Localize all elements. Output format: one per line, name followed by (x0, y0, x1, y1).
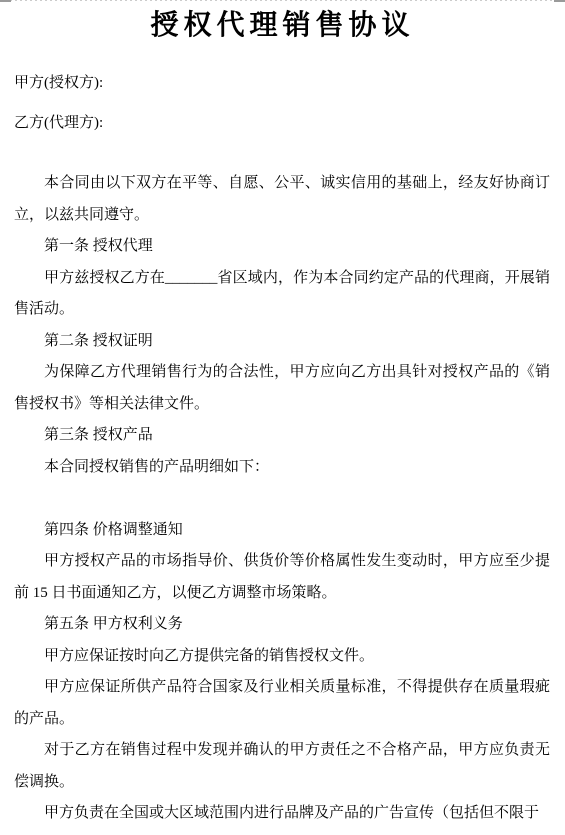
paragraph: 为保障乙方代理销售行为的合法性，甲方应向乙方出具针对授权产品的《销售授权书》等相… (14, 357, 550, 420)
paragraph: 对于乙方在销售过程中发现并确认的甲方责任之不合格产品，甲方应负责无偿调换。 (14, 735, 550, 798)
paragraph: 甲方应保证所供产品符合国家及行业相关质量标准，不得提供存在质量瑕疵的产品。 (14, 672, 550, 735)
document-title: 授权代理销售协议 (0, 6, 565, 46)
document-page: 授权代理销售协议 甲方(授权方):乙方(代理方):本合同由以下双方在平等、自愿、… (0, 0, 565, 835)
paragraph: 本合同授权销售的产品明细如下： (14, 452, 550, 484)
document-body: 甲方(授权方):乙方(代理方):本合同由以下双方在平等、自愿、公平、诚实信用的基… (0, 68, 565, 830)
page-corner-mark-right (554, 0, 565, 2)
section-heading: 第五条 甲方权利义务 (14, 609, 550, 641)
blank-line (14, 483, 550, 515)
paragraph: 甲方应保证按时向乙方提供完备的销售授权文件。 (14, 641, 550, 673)
page-corner-mark-left (0, 0, 11, 2)
section-heading: 第四条 价格调整通知 (14, 515, 550, 547)
paragraph: 甲方负责在全国或大区域范围内进行品牌及产品的广告宣传（包括但不限于 (14, 798, 550, 830)
paragraph: 甲方兹授权乙方在_______省区域内，作为本合同约定产品的代理商，开展销售活动… (14, 263, 550, 326)
party-line: 乙方(代理方): (14, 108, 550, 140)
page-top-edge-artifact (0, 0, 565, 1)
section-heading: 第二条 授权证明 (14, 326, 550, 358)
paragraph: 本合同由以下双方在平等、自愿、公平、诚实信用的基础上，经友好协商订立，以兹共同遵… (14, 168, 550, 231)
section-heading: 第一条 授权代理 (14, 231, 550, 263)
paragraph: 甲方授权产品的市场指导价、供货价等价格属性发生变动时，甲方应至少提前 15 日书… (14, 546, 550, 609)
party-line: 甲方(授权方): (14, 68, 550, 100)
section-heading: 第三条 授权产品 (14, 420, 550, 452)
